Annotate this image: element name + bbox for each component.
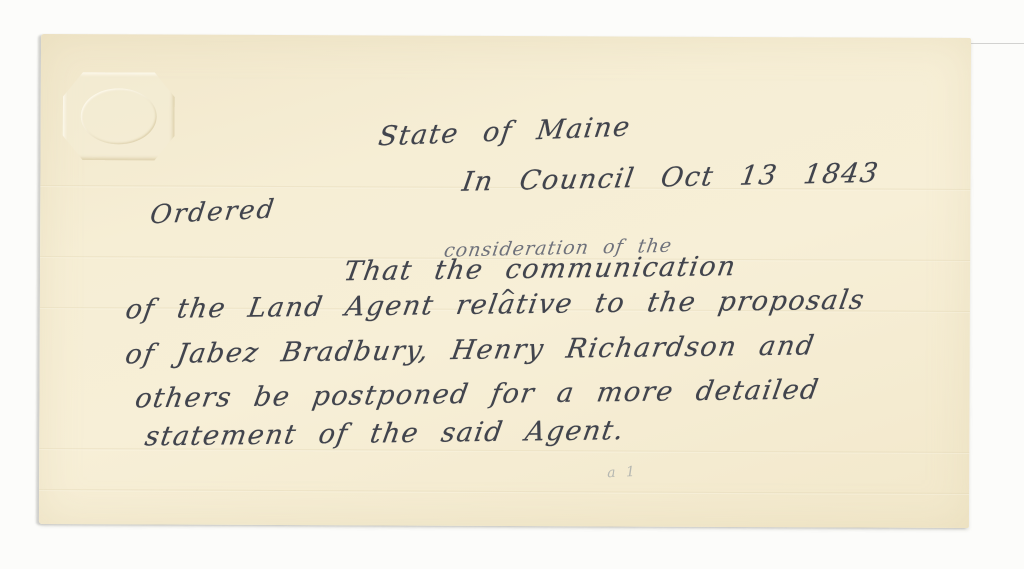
body-line: statement of the said Agent. [143,415,627,452]
paper-crease [39,489,969,495]
body-line: That the communication [342,251,739,287]
manuscript-paper: State of Maine In Council Oct 13 1843 Or… [39,34,971,528]
body-line: others be postponed for a more detailed [133,374,822,414]
body-line: of the Land Agent relative to the propos… [123,285,867,326]
embossed-seal-icon [63,72,175,160]
heading-state-line: State of Maine [377,112,633,153]
document-scan: State of Maine In Council Oct 13 1843 Or… [0,0,1024,569]
heading-council-date-line: In Council Oct 13 1843 [460,158,881,198]
faint-pencil-note: a 1 [607,464,638,481]
body-line: of Jabez Bradbury, Henry Richardson and [123,330,817,370]
embossed-seal-inner-ring [81,88,157,144]
ordered-word: Ordered [148,195,277,231]
